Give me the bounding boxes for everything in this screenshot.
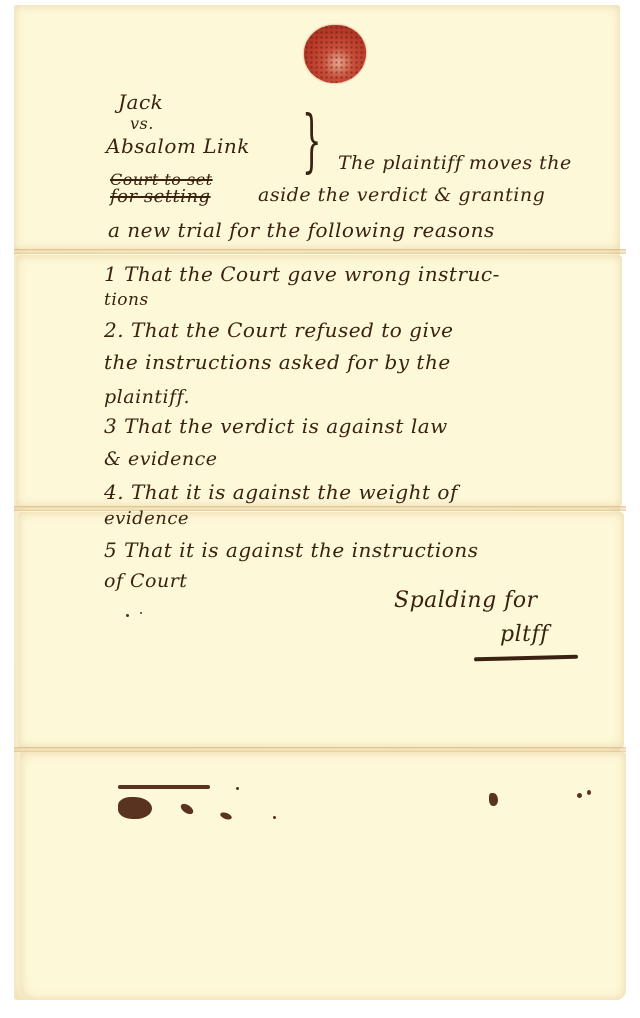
case-plaintiff: Jack — [118, 90, 163, 114]
reason-4-line-b: evidence — [104, 508, 189, 529]
ink-dot — [140, 612, 142, 614]
reason-2-line-a: 2. That the Court refused to give — [104, 318, 453, 342]
reason-3-line-a: 3 That the verdict is against law — [104, 414, 448, 438]
ink-blot — [587, 790, 591, 795]
case-defendant: Absalom Link — [106, 134, 250, 158]
fold-line — [14, 747, 626, 752]
struck-text-2: for setting — [110, 186, 211, 207]
motion-line-2: aside the verdict & granting — [258, 184, 545, 206]
wax-seal-texture — [304, 25, 366, 83]
reason-3-line-b: & evidence — [104, 448, 218, 470]
signature-name: Spalding for — [394, 588, 538, 613]
motion-line-1: The plaintiff moves the — [338, 152, 572, 174]
reason-1-line-a: 1 That the Court gave wrong instruc- — [104, 262, 500, 286]
ink-blot — [236, 787, 239, 790]
case-versus: vs. — [130, 114, 154, 133]
reason-2-line-c: plaintiff. — [104, 386, 190, 408]
reason-4-line-a: 4. That it is against the weight of — [104, 480, 458, 504]
reason-2-line-b: the instructions asked for by the — [104, 350, 451, 374]
caption-brace: } — [302, 108, 321, 176]
reason-5-line-b: of Court — [104, 570, 187, 592]
ink-blot — [577, 793, 582, 798]
ink-blot — [118, 785, 210, 789]
reason-5-line-a: 5 That it is against the instructions — [104, 538, 478, 562]
ink-blot — [273, 816, 276, 819]
fold-line — [14, 249, 626, 254]
signature-role: pltff — [500, 622, 549, 647]
wax-seal — [304, 25, 366, 83]
reason-1-line-b: tions — [104, 290, 149, 310]
ink-blot — [118, 797, 152, 819]
motion-line-3: a new trial for the following reasons — [108, 218, 495, 242]
ink-blot — [489, 793, 498, 806]
paper-panel-bottom — [20, 752, 626, 1000]
ink-dot — [126, 614, 129, 617]
